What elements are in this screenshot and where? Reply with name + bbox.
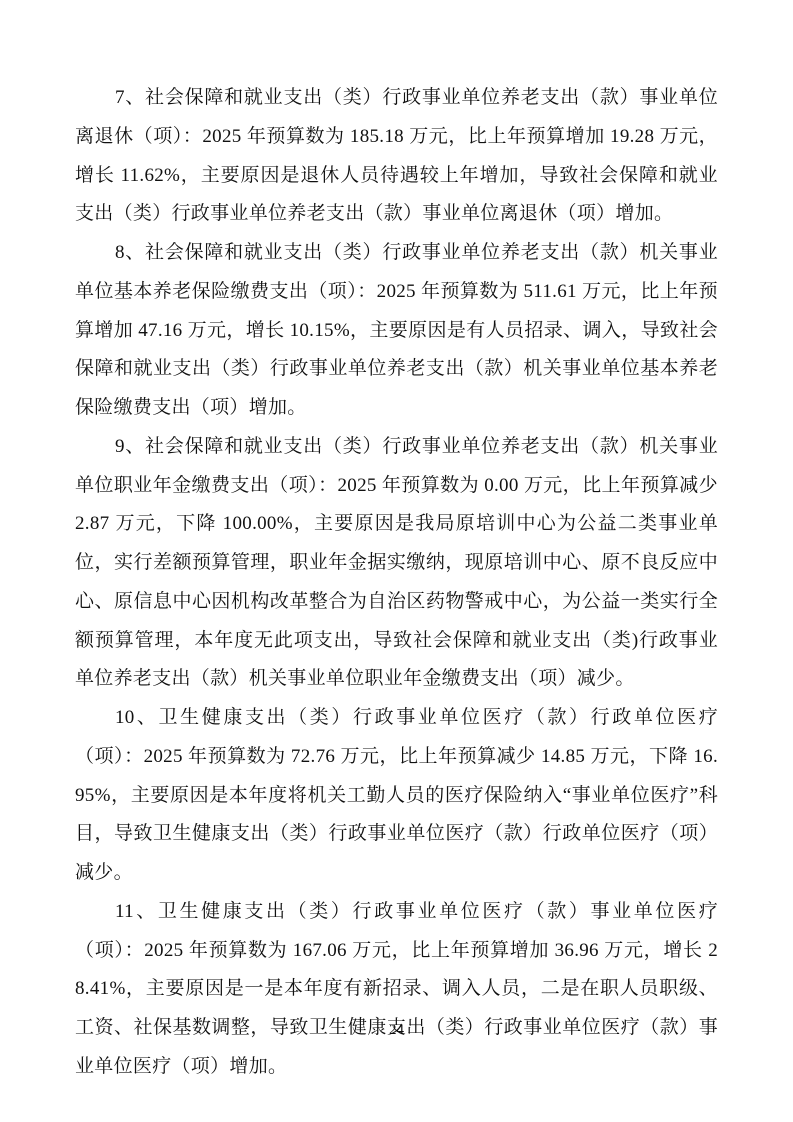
document-body: 7、社会保障和就业支出（类）行政事业单位养老支出（款）事业单位离退休（项）：20… <box>75 79 718 1087</box>
budget-paragraph-7: 7、社会保障和就业支出（类）行政事业单位养老支出（款）事业单位离退休（项）：20… <box>75 79 718 234</box>
budget-paragraph-10: 10、卫生健康支出（类）行政事业单位医疗（款）行政单位医疗（项）：2025 年预… <box>75 699 718 893</box>
page-number: 24 <box>0 1021 793 1039</box>
budget-paragraph-11: 11、卫生健康支出（类）行政事业单位医疗（款）事业单位医疗（项）：2025 年预… <box>75 893 718 1087</box>
document-page: 7、社会保障和就业支出（类）行政事业单位养老支出（款）事业单位离退休（项）：20… <box>0 0 793 1122</box>
budget-paragraph-9: 9、社会保障和就业支出（类）行政事业单位养老支出（款）机关事业单位职业年金缴费支… <box>75 428 718 699</box>
budget-paragraph-8: 8、社会保障和就业支出（类）行政事业单位养老支出（款）机关事业单位基本养老保险缴… <box>75 234 718 428</box>
